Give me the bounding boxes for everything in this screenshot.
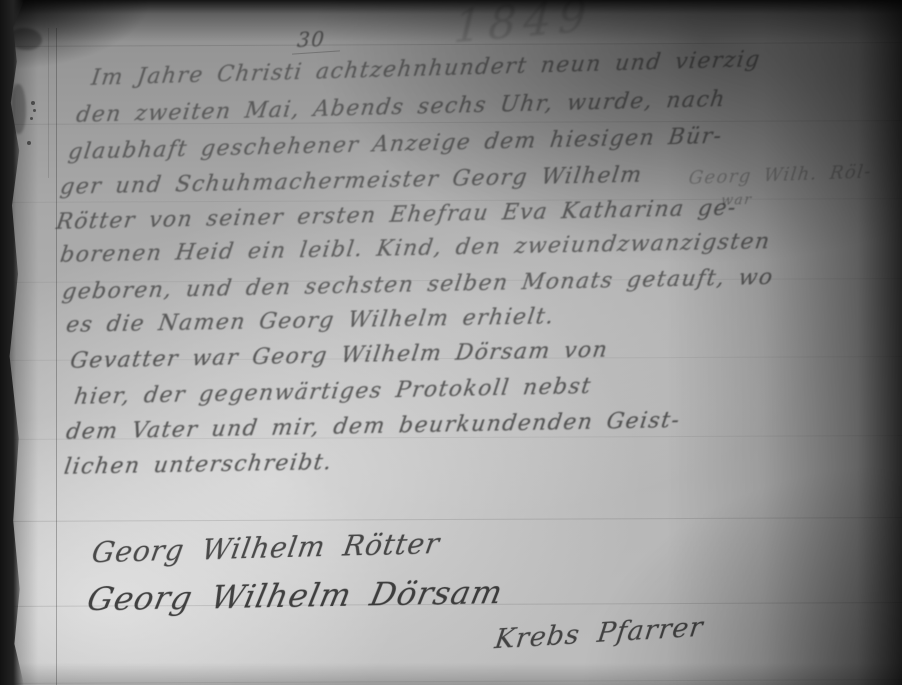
margin-rule: [56, 28, 57, 685]
manuscript-line-10: hier, der gegenwärtiges Protokoll nebst: [73, 374, 594, 410]
manuscript-line-12: lichen unterschreibt.: [62, 450, 334, 480]
signature-officiant: Krebs Pfarrer: [493, 611, 705, 655]
signature-witness-1: Georg Wilhelm Rötter: [89, 527, 442, 569]
year-bleedthrough: 1849: [452, 0, 594, 53]
manuscript-line-1: Im Jahre Christi achtzehnhundert neun un…: [90, 47, 762, 91]
ruled-line: [0, 42, 902, 47]
manuscript-line-7: geboren, und den sechsten selben Monats …: [61, 265, 776, 305]
page-number: 30: [296, 27, 326, 52]
ink-speck: [27, 141, 31, 145]
margin-rule: [48, 28, 49, 178]
ink-speck: [31, 101, 35, 105]
manuscript-line-9: Gevatter war Georg Wilhelm Dörsam von: [69, 338, 610, 374]
scanned-register-page: 1849 30 Im Jahre Christi achtzehnhundert…: [0, 0, 902, 685]
ink-speck: [33, 109, 36, 112]
ink-speck: [30, 117, 33, 120]
ruled-line: [0, 517, 902, 522]
interlinear-insertion-note: war: [720, 192, 753, 209]
manuscript-line-3: glaubhaft geschehener Anzeige dem hiesig…: [67, 124, 724, 165]
manuscript-line-11: dem Vater und mir, dem beurkundenden Gei…: [65, 408, 682, 445]
manuscript-line-8: es die Namen Georg Wilhelm erhielt.: [64, 304, 556, 338]
margin-continuation-note: Georg Wilh. Röl-: [687, 162, 873, 189]
manuscript-line-4: ger und Schuhmachermeister Georg Wilhelm: [59, 163, 645, 200]
ruled-line: [0, 679, 902, 684]
manuscript-line-6: borenen Heid ein leibl. Kind, den zweiun…: [59, 229, 773, 268]
signature-witness-2: Georg Wilhelm Dörsam: [84, 573, 507, 618]
